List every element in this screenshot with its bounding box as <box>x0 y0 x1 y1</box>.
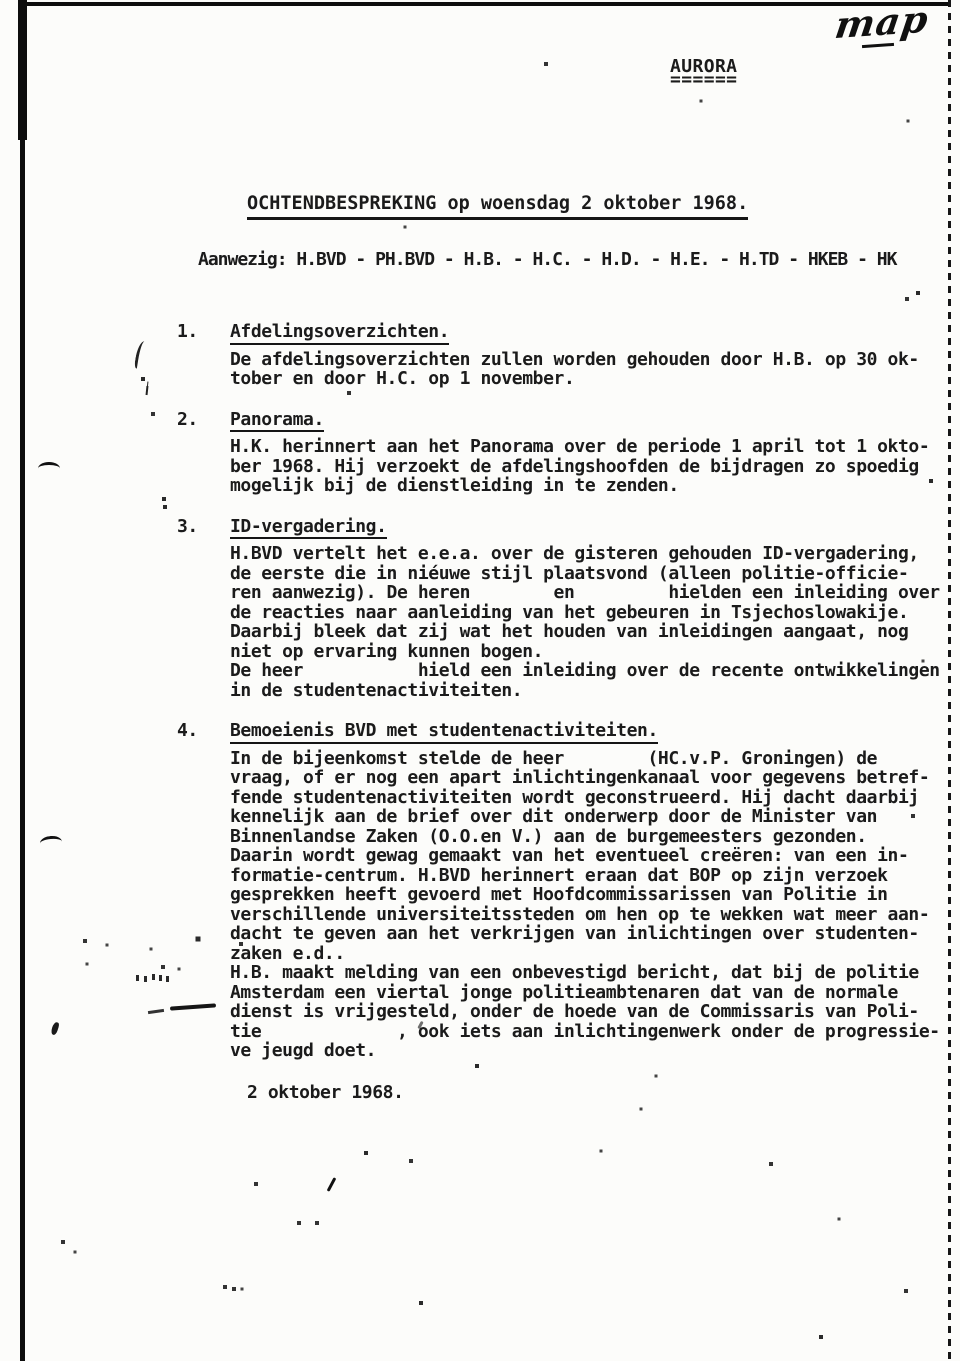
text-line: Daarin wordt gewag gemaakt van het event… <box>230 846 947 866</box>
text-line: Amsterdam een viertal jonge politieambte… <box>230 983 947 1003</box>
text-line: niet op ervaring kunnen bogen. <box>230 642 947 662</box>
text-line: de reacties naar aanleiding van het gebe… <box>230 603 947 623</box>
text-line: dacht te geven aan het verkrijgen van in… <box>230 924 947 944</box>
document-title: OCHTENDBESPREKING op woensdag 2 oktober … <box>247 193 748 220</box>
text-line: vraag, of er nog een apart inlichtingenk… <box>230 768 947 788</box>
text-line: fende studentenactiviteiten wordt gecons… <box>230 788 947 808</box>
margin-curl-mark <box>134 340 147 369</box>
handwritten-note-text: map <box>832 0 931 47</box>
text-line: de eerste die in niéuwe stijl plaatsvond… <box>230 564 947 584</box>
text-line: dienst is vrijgesteld, onder de hoede va… <box>230 1002 947 1022</box>
org-header: AURORA ====== <box>670 57 737 90</box>
text-line: tie , ook iets aan inlichtingenwerk onde… <box>230 1022 947 1042</box>
section-number: 3. <box>177 517 230 701</box>
scan-border-right <box>948 0 951 1361</box>
text-line: ve jeugd doet. <box>230 1041 947 1061</box>
margin-i-mark <box>146 386 149 395</box>
section: 3. ID-vergadering. H.BVD vertelt het e.e… <box>177 517 947 701</box>
attendees-line: Aanwezig: H.BVD - PH.BVD - H.B. - H.C. -… <box>198 249 896 270</box>
document-date: 2 oktober 1968. <box>247 1083 947 1103</box>
text-line: tober en door H.C. op 1 november. <box>230 369 947 389</box>
text-line: H.B. maakt melding van een onbevestigd b… <box>230 963 947 983</box>
section-heading: ID-vergadering. <box>230 517 387 540</box>
text-line: ber 1968. Hij verzoekt de afdelingshoofd… <box>230 457 947 477</box>
section: 1. Afdelingsoverzichten. De afdelingsove… <box>177 322 947 389</box>
section-main: Afdelingsoverzichten. De afdelingsoverzi… <box>230 322 947 389</box>
section-heading: Panorama. <box>230 410 324 433</box>
text-line: H.K. herinnert aan het Panorama over de … <box>230 437 947 457</box>
section-main: ID-vergadering. H.BVD vertelt het e.e.a.… <box>230 517 947 701</box>
section-body: De afdelingsoverzichten zullen worden ge… <box>230 350 947 389</box>
text-line: De heer hield een inleiding over de rece… <box>230 661 947 681</box>
section-number: 1. <box>177 322 230 389</box>
text-line: gesprekken heeft gevoerd met Hoofdcommis… <box>230 885 947 905</box>
margin-curve-mark <box>38 462 60 475</box>
sections-container: 1. Afdelingsoverzichten. De afdelingsove… <box>177 322 947 1061</box>
text-line: verschillende universiteitssteden om hen… <box>230 905 947 925</box>
section-main: Bemoeienis BVD met studentenactiviteiten… <box>230 721 947 1061</box>
section: 4. Bemoeienis BVD met studentenactivitei… <box>177 721 947 1061</box>
scan-border-top <box>20 2 948 6</box>
text-line: De afdelingsoverzichten zullen worden ge… <box>230 350 947 370</box>
handwritten-annotation: map <box>836 0 928 44</box>
org-name-underline: ====== <box>670 70 737 90</box>
text-line: mogelijk bij de dienstleiding in te zend… <box>230 476 947 496</box>
section-number: 2. <box>177 410 230 496</box>
margin-comma-mark <box>50 1021 60 1035</box>
margin-slash-mark <box>327 1177 337 1192</box>
margin-squiggle-mark <box>148 1009 164 1014</box>
section-body: In de bijeenkomst stelde de heer (HC.v.P… <box>230 749 947 1061</box>
section-heading: Afdelingsoverzichten. <box>230 322 449 345</box>
section-main: Panorama. H.K. herinnert aan het Panoram… <box>230 410 947 496</box>
section-heading: Bemoeienis BVD met studentenactiviteiten… <box>230 721 658 744</box>
margin-tick-marks <box>136 975 139 981</box>
document-body: 1. Afdelingsoverzichten. De afdelingsove… <box>177 322 947 1102</box>
scan-noise-specks <box>0 0 2 2</box>
text-line: kennelijk aan de brief over dit onderwer… <box>230 807 947 827</box>
scan-border-left-top <box>18 0 27 140</box>
scanned-document-page: map AURORA ====== OCHTENDBESPREKING op w… <box>0 0 960 1361</box>
text-line: ren aanwezig). De heren en hielden een i… <box>230 583 947 603</box>
text-line: formatie-centrum. H.BVD herinnert eraan … <box>230 866 947 886</box>
margin-curve-mark <box>39 835 62 850</box>
text-line: Binnenlandse Zaken (O.O.en V.) aan de bu… <box>230 827 947 847</box>
section-body: H.BVD vertelt het e.e.a. over de gistere… <box>230 544 947 700</box>
section: 2. Panorama. H.K. herinnert aan het Pano… <box>177 410 947 496</box>
scan-border-left <box>20 0 25 1361</box>
text-line: zaken e.d.. <box>230 944 947 964</box>
text-line: H.BVD vertelt het e.e.a. over de gistere… <box>230 544 947 564</box>
section-body: H.K. herinnert aan het Panorama over de … <box>230 437 947 496</box>
text-line: Daarbij bleek dat zij wat het houden van… <box>230 622 947 642</box>
text-line: in de studentenactiviteiten. <box>230 681 947 701</box>
text-line: In de bijeenkomst stelde de heer (HC.v.P… <box>230 749 947 769</box>
